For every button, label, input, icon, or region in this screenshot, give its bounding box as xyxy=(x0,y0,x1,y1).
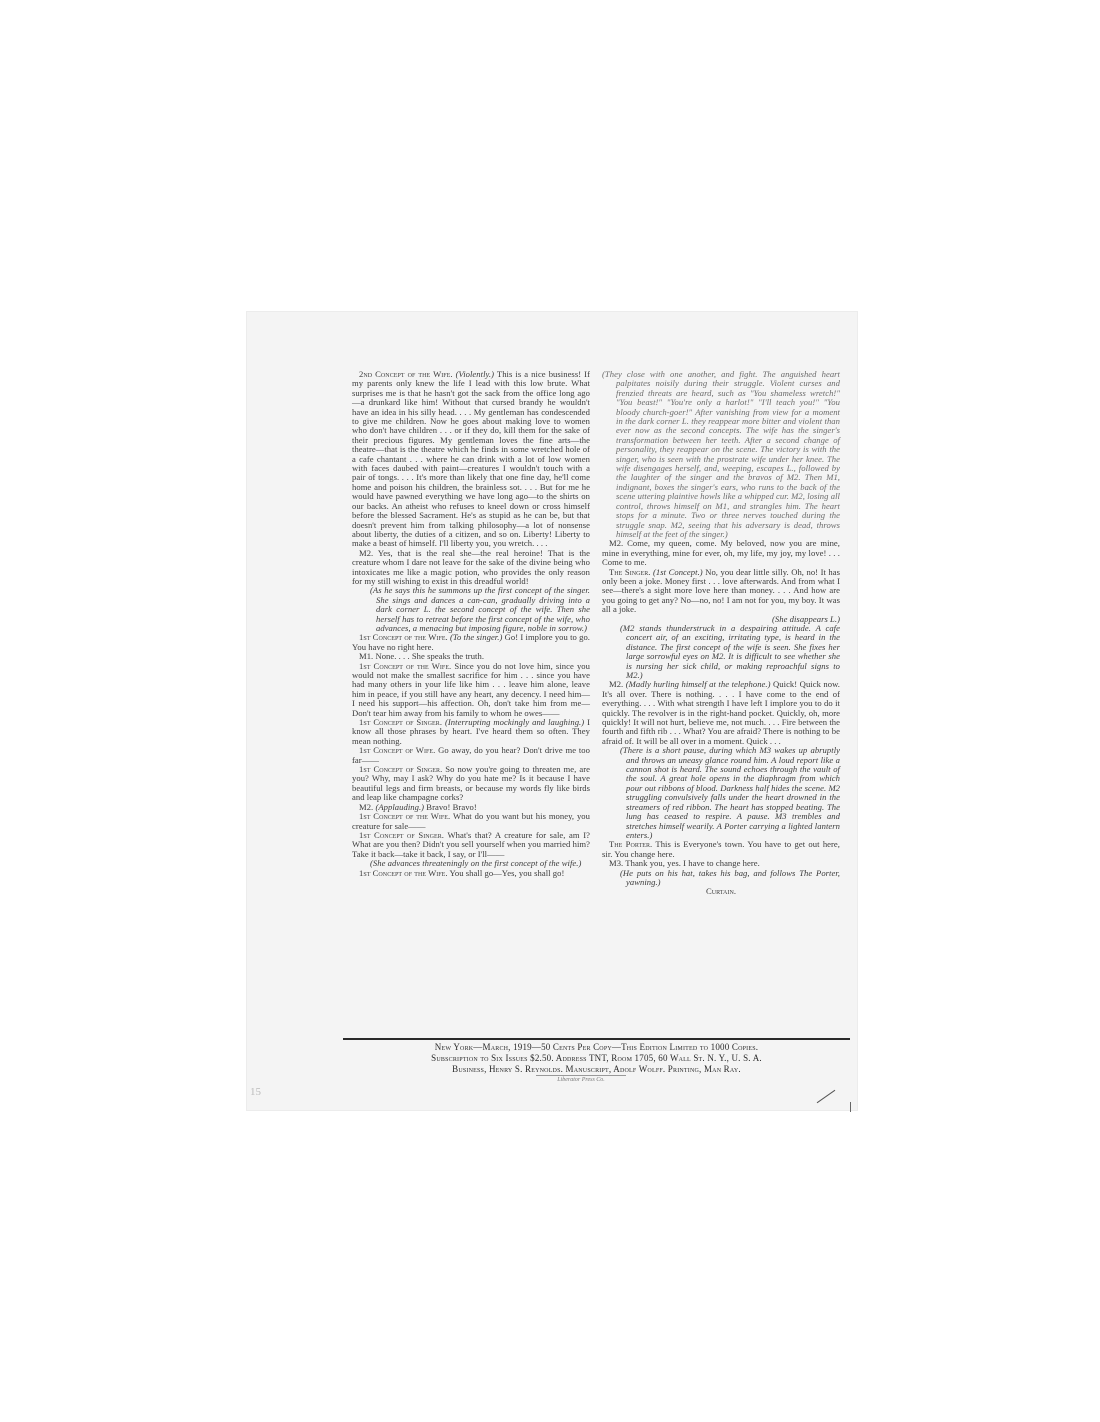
speech-text: Come, my queen, come. My beloved, now yo… xyxy=(602,538,840,567)
speech-text: Since you do not love him, since you wou… xyxy=(352,661,590,718)
stage-direction: (As he says this he summons up the first… xyxy=(370,586,590,633)
speech: M2. Yes, that is the real she—the real h… xyxy=(352,549,590,587)
speech-text: Thank you, yes. I have to change here. xyxy=(625,858,760,868)
edge-mark xyxy=(850,1102,851,1112)
footer-rule xyxy=(343,1038,850,1040)
speech: 1st Concept of the Wife. Since you do no… xyxy=(352,662,590,718)
speech: 1st Concept of Singer. (Interrupting moc… xyxy=(352,718,590,746)
stage-direction: (There is a short pause, during which M3… xyxy=(620,746,840,840)
speaker-name: M3. xyxy=(609,858,623,868)
speech: 1st Concept of the Wife. (To the singer.… xyxy=(352,633,590,652)
printer-mark: Liberator Press Co. xyxy=(536,1075,626,1083)
corner-page-mark: 15 xyxy=(250,1086,261,1098)
imprint-line-2: Subscription to Six Issues $2.50. Addres… xyxy=(343,1053,850,1064)
right-column: (They close with one another, and fight.… xyxy=(602,370,840,897)
speech: 2nd Concept of the Wife. (Violently.) Th… xyxy=(352,370,590,549)
left-column: 2nd Concept of the Wife. (Violently.) Th… xyxy=(352,370,590,878)
speech-text: This is a nice business! If my parents o… xyxy=(352,369,590,548)
stage-direction: (They close with one another, and fight.… xyxy=(602,370,840,539)
speech: 1st Concept of Singer. So now you're goi… xyxy=(352,765,590,803)
imprint-line-1: New York—March, 1919—50 Cents Per Copy—T… xyxy=(343,1042,850,1053)
speech: The Singer. (1st Concept.) No, you dear … xyxy=(602,568,840,615)
speech: 1st Concept of the Wife. What do you wan… xyxy=(352,812,590,831)
speech: 1st Concept of the Wife. You shall go—Ye… xyxy=(352,869,590,878)
speech: M2. (Madly hurling himself at the teleph… xyxy=(602,680,840,746)
stage-direction: (M2 stands thunderstruck in a despairing… xyxy=(620,624,840,680)
speech-text: Yes, that is the real she—the real heroi… xyxy=(352,548,590,586)
speech-text: Quick! Quick now. It's all over. There i… xyxy=(602,679,840,745)
speech: The Porter. This is Everyone's town. You… xyxy=(602,840,840,859)
speech: 1st Concept of Singer. What's that? A cr… xyxy=(352,831,590,859)
stage-direction: (He puts on his hat, takes his bag, and … xyxy=(620,869,840,888)
speech: M2. Come, my queen, come. My beloved, no… xyxy=(602,539,840,567)
stage-direction-inline: (To the singer.) xyxy=(450,632,502,642)
speech: 1st Concept of Wife. Go away, do you hea… xyxy=(352,746,590,765)
imprint: New York—March, 1919—50 Cents Per Copy—T… xyxy=(343,1042,850,1075)
curtain-label: Curtain. xyxy=(602,887,840,896)
speaker-name: 1st Concept of the Wife. xyxy=(359,868,448,878)
imprint-line-3: Business, Henry S. Reynolds. Manuscript,… xyxy=(343,1064,850,1075)
speech-text: You shall go—Yes, you shall go! xyxy=(450,868,565,878)
